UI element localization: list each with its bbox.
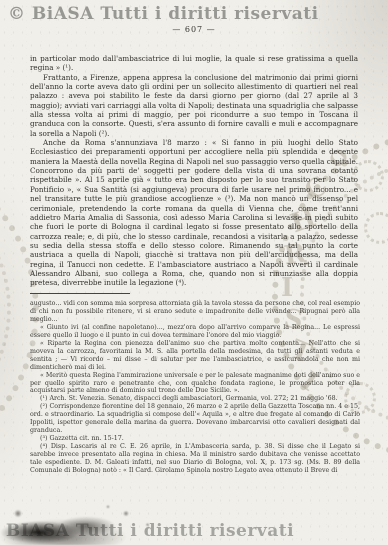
body-text: in particolar modo dall'ambasciatrice di… — [30, 54, 358, 288]
footnotes-block: augusto... vidi con somma mia sorpresa a… — [30, 300, 360, 475]
footnote-separator-rule — [30, 293, 130, 294]
body-paragraph: Anche da Roma s'annunziava l'8 marzo : «… — [30, 138, 358, 288]
body-paragraph: in particolar modo dall'ambasciatrice di… — [30, 54, 358, 73]
stamp-rosette-icon — [364, 212, 388, 244]
body-paragraph: Frattanto, a Firenze, appena appresa la … — [30, 73, 358, 138]
page-number: — 607 — — [0, 25, 388, 34]
footnote-paragraph: augusto... vidi con somma mia sorpresa a… — [30, 300, 360, 324]
footnote-paragraph: (¹) Arch. St. Venezia. Senato, dispacci … — [30, 395, 360, 403]
footnote-paragraph: (³) Gazzetta cit. nn. 15-17. — [30, 435, 360, 443]
footnote-paragraph: (²) Corrispondenze fiorentine del 18 gen… — [30, 403, 360, 435]
ink-smudge-stain — [0, 500, 180, 545]
footnote-paragraph: « Riparte la Regina con pienezza dell'an… — [30, 340, 360, 372]
footnote-paragraph: « Giunto ivi (al confine napoletano)...,… — [30, 324, 360, 340]
footnote-paragraph: « Meritò questa Regina l'ammirazione uni… — [30, 372, 360, 396]
scanned-book-page: O C H R I S T I © BiASA Tutti i diritti … — [0, 0, 388, 545]
watermark-top: © BiASA Tutti i diritti riservati — [8, 4, 319, 24]
footnote-paragraph: (⁴) Disp. Lascaris al re C. E. 26 aprile… — [30, 443, 360, 475]
